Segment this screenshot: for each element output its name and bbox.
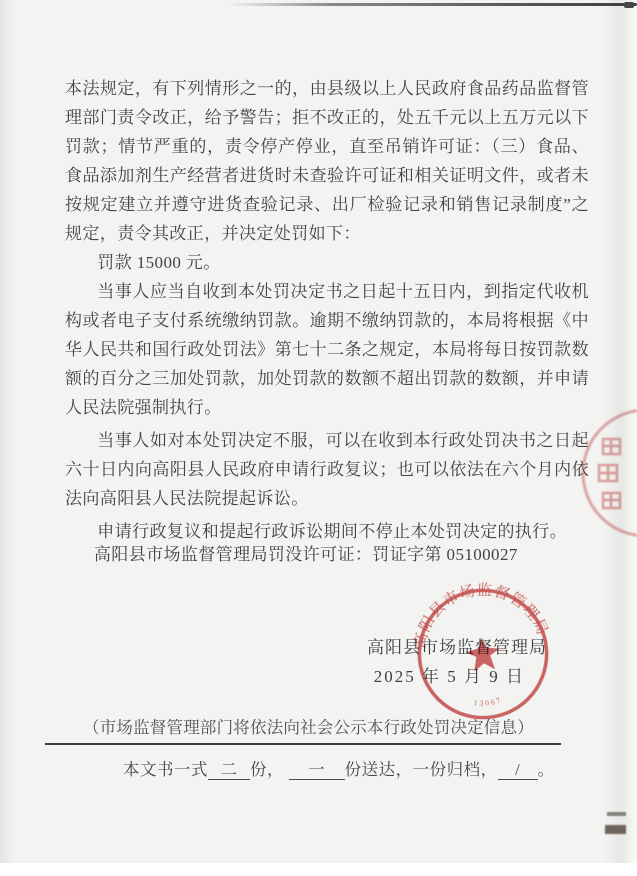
scan-bottom-strip [0,863,637,876]
copies-mid1: 份， [250,760,284,779]
partial-edge-seal-graphic [553,403,637,553]
scan-top-line [228,3,637,6]
scan-top-blob [624,2,634,8]
official-seal-graphic: 高阳县市场监督管理局 13067 [403,574,563,734]
copies-prefix: 本文书一式 [123,760,208,779]
paragraph-payment-terms: 当事人应当自收到本处罚决定书之日起十五日内，到指定代收机构或者电子支付系统缴纳罚… [65,277,589,422]
scanned-penalty-document: { "doc": { "paragraphs": [ { "text": "本法… [0,0,637,876]
paragraph-appeal-rights: 当事人如对本处罚决定不服，可以在收到本行政处罚决书之日起六十日内向高阳县人民政府… [65,426,589,513]
partial-edge-seal [553,403,637,553]
paragraph-fine-amount: 罚款 15000 元。 [65,248,589,277]
footer: （市场监督管理部门将依法向社会公示本行政处罚决定信息） 本文书一式二份， 一份送… [45,716,561,780]
seal-code-text: 13067 [472,695,504,709]
scan-edge-mark [605,825,626,834]
edge-seal-glyphs [599,439,620,508]
copies-mid2: 份送达，一份归档， [345,760,498,779]
penalty-license-line: 高阳县市场监督管理局罚没许可证：罚证字第 05100027 [65,540,589,569]
public-disclosure-notice: （市场监督管理部门将依法向社会公示本行政处罚决定信息） [45,716,561,745]
copies-extra-blank: / [498,760,538,780]
paragraph-legal-basis: 本法规定，有下列情形之一的，由县级以上人民政府食品药品监督管理部门责令改正，给予… [65,74,589,248]
document-body: 本法规定，有下列情形之一的，由县级以上人民政府食品药品监督管理部门责令改正，给予… [65,74,589,546]
copies-suffix: 。 [538,760,555,779]
copies-line: 本文书一式二份， 一份送达，一份归档，/。 [45,756,561,780]
scan-edge-mark [607,812,626,816]
seal-org-text: 高阳县市场监督管理局 [405,575,552,652]
copies-total-blank: 二 [208,760,250,780]
copies-delivered-blank: 一 [289,760,345,780]
scan-left-edge [0,0,16,876]
official-seal: 高阳县市场监督管理局 13067 [403,574,563,734]
seal-star-icon [465,637,502,672]
